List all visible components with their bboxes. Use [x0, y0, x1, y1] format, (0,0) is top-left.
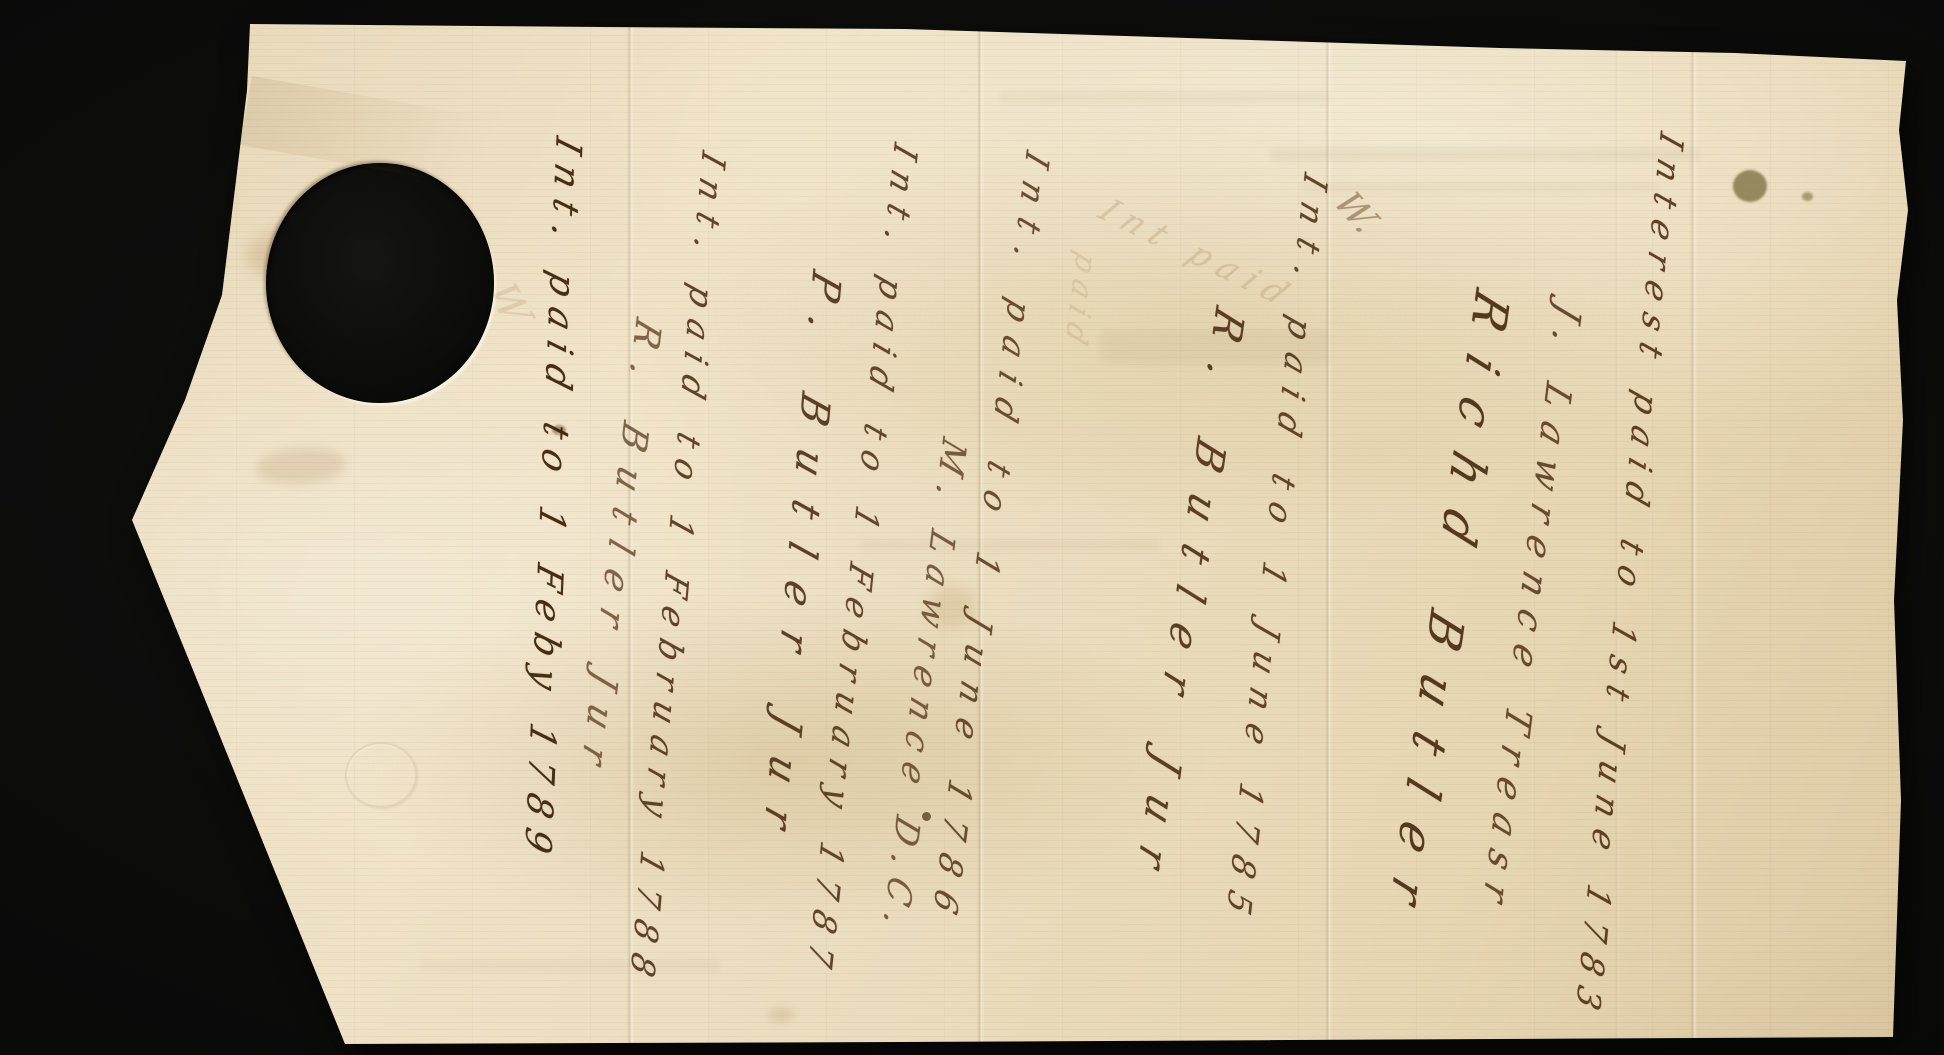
scanner-background: Interest paid to 1st June 1783J. Lawrenc… [0, 0, 1944, 1055]
stain [1802, 192, 1813, 201]
embossed-mark [345, 742, 417, 808]
print-show-through [1000, 92, 1330, 104]
stain [1733, 170, 1767, 202]
print-show-through [860, 540, 1160, 551]
fold-crease [1325, 20, 1332, 1047]
paper-document: Interest paid to 1st June 1783J. Lawrenc… [0, 0, 1944, 1055]
inscription-ghost-paid: paid [1057, 247, 1103, 357]
punch-hole [266, 163, 494, 403]
stain [254, 445, 348, 487]
paper-wrap: Interest paid to 1st June 1783J. Lawrenc… [0, 0, 1944, 1055]
print-show-through [420, 960, 720, 972]
inscription-line-1783: Interest paid to 1st June 1783 [1568, 128, 1691, 1028]
fold-crease [1690, 20, 1697, 1047]
stain [768, 1008, 794, 1022]
print-show-through [1270, 148, 1700, 161]
inscription-line-1788: Int. paid to 1 February 1788 [622, 147, 733, 995]
inscription-ghost-int-paid: Int paid [1091, 192, 1306, 315]
